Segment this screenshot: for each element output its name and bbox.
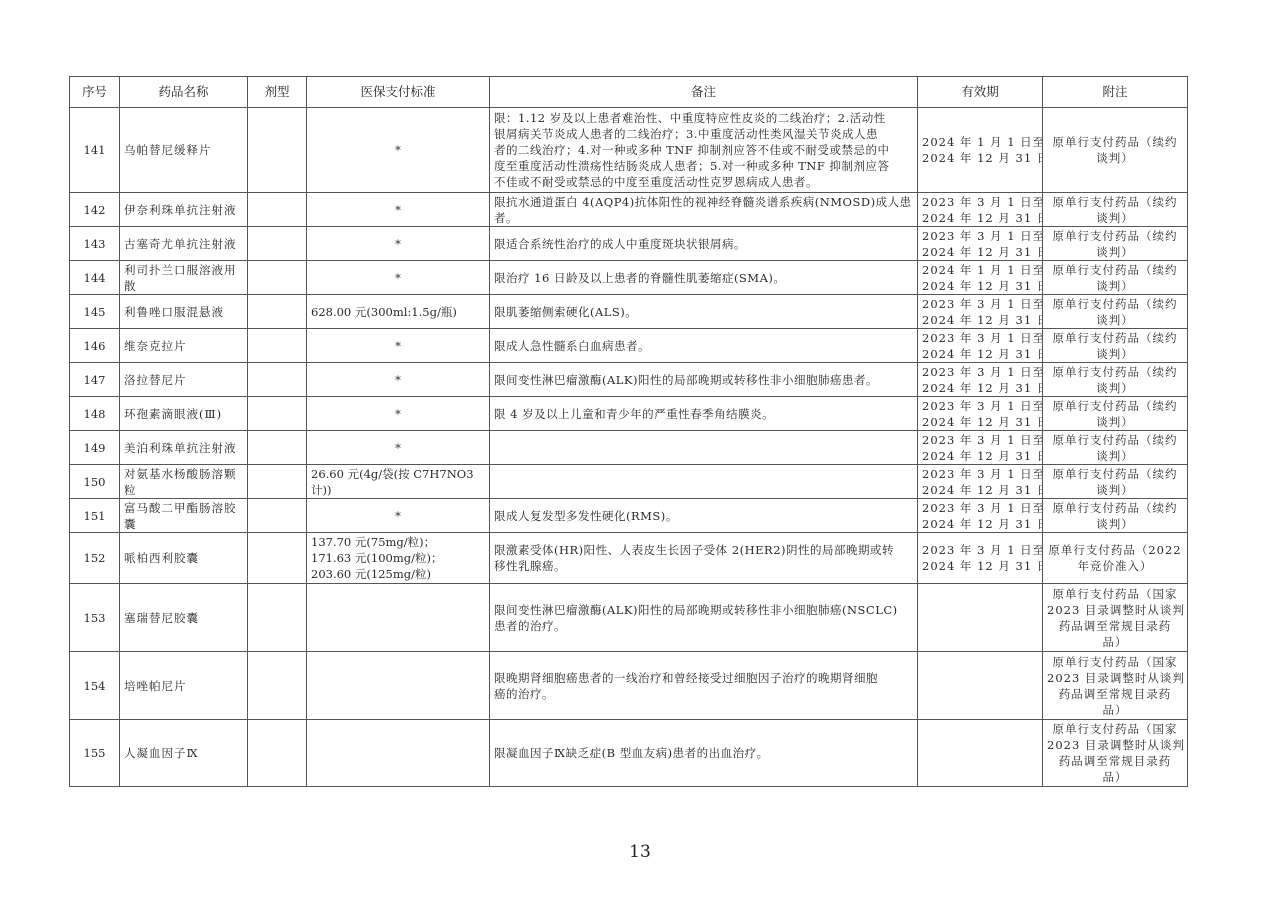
price-line: 计)) <box>311 482 485 498</box>
cell-serial-no: 147 <box>70 363 120 397</box>
cell-remarks: 限肌萎缩侧索硬化(ALS)。 <box>490 295 918 329</box>
price-line: * <box>311 270 485 286</box>
cell-dosage-form <box>248 193 307 227</box>
cell-notes: 原单行支付药品（续约谈判） <box>1043 108 1188 193</box>
remark-line: 谈判） <box>1047 244 1183 260</box>
remark-line: 2023 目录调整时从谈判 <box>1047 670 1183 686</box>
cell-validity-period: 2023 年 3 月 1 日至2024 年 12 月 31 日 <box>918 193 1043 227</box>
cell-drug-name: 培唑帕尼片 <box>120 652 248 720</box>
note-line: 限肌萎缩侧索硬化(ALS)。 <box>494 304 913 320</box>
cell-validity-period <box>918 652 1043 720</box>
cell-drug-name: 古塞奇尤单抗注射液 <box>120 227 248 261</box>
header-notes: 附注 <box>1043 77 1188 108</box>
remark-line: 原单行支付药品（续约 <box>1047 364 1183 380</box>
cell-remarks: 限凝血因子Ⅸ缺乏症(B 型血友病)患者的出血治疗。 <box>490 720 918 787</box>
valid-line: 2024 年 12 月 31 日 <box>922 482 1038 498</box>
cell-validity-period: 2023 年 3 月 1 日至2024 年 12 月 31 日 <box>918 533 1043 584</box>
document-page: 序号 药品名称 剂型 医保支付标准 备注 有效期 附注 141乌帕替尼缓释片*限… <box>0 0 1280 904</box>
cell-dosage-form <box>248 465 307 499</box>
name-line: 乌帕替尼缓释片 <box>124 142 243 158</box>
cell-validity-period: 2023 年 3 月 1 日至2024 年 12 月 31 日 <box>918 397 1043 431</box>
table-row: 155人凝血因子Ⅸ限凝血因子Ⅸ缺乏症(B 型血友病)患者的出血治疗。原单行支付药… <box>70 720 1188 787</box>
cell-remarks: 限间变性淋巴瘤激酶(ALK)阳性的局部晚期或转移性非小细胞肺癌患者。 <box>490 363 918 397</box>
cell-payment-standard: 26.60 元(4g/袋(按 C7H7NO3计)) <box>307 465 490 499</box>
cell-payment-standard <box>307 584 490 652</box>
cell-serial-no: 143 <box>70 227 120 261</box>
cell-payment-standard: 137.70 元(75mg/粒)；171.63 元(100mg/粒)；203.6… <box>307 533 490 584</box>
valid-line: 2024 年 12 月 31 日 <box>922 346 1038 362</box>
note-line: 患者的治疗。 <box>494 618 913 634</box>
name-line: 富马酸二甲酯肠溶胶 <box>124 500 243 516</box>
note-line: 限成人急性髓系白血病患者。 <box>494 338 913 354</box>
header-payment-standard: 医保支付标准 <box>307 77 490 108</box>
cell-payment-standard <box>307 720 490 787</box>
valid-line: 2024 年 1 月 1 日至 <box>922 262 1038 278</box>
table-row: 142伊奈利珠单抗注射液*限抗水通道蛋白 4(AQP4)抗体阳性的视神经脊髓炎谱… <box>70 193 1188 227</box>
cell-drug-name: 美泊利珠单抗注射液 <box>120 431 248 465</box>
name-line: 对氨基水杨酸肠溶颗 <box>124 466 243 482</box>
cell-notes: 原单行支付药品（续约谈判） <box>1043 431 1188 465</box>
remark-line: 原单行支付药品（续约 <box>1047 466 1183 482</box>
note-line: 限激素受体(HR)阳性、人表皮生长因子受体 2(HER2)阴性的局部晚期或转 <box>494 542 913 558</box>
cell-notes: 原单行支付药品（续约谈判） <box>1043 329 1188 363</box>
cell-serial-no: 146 <box>70 329 120 363</box>
cell-drug-name: 利鲁唑口服混悬液 <box>120 295 248 329</box>
table-row: 150对氨基水杨酸肠溶颗粒26.60 元(4g/袋(按 C7H7NO3计))20… <box>70 465 1188 499</box>
table-row: 148环孢素滴眼液(Ⅲ)*限 4 岁及以上儿童和青少年的严重性春季角结膜炎。20… <box>70 397 1188 431</box>
price-line: * <box>311 236 485 252</box>
cell-dosage-form <box>248 108 307 193</box>
table-row: 141乌帕替尼缓释片*限：1.12 岁及以上患者难治性、中重度特应性皮炎的二线治… <box>70 108 1188 193</box>
remark-line: 谈判） <box>1047 346 1183 362</box>
table-row: 144利司扑兰口服溶液用散*限治疗 16 日龄及以上患者的脊髓性肌萎缩症(SMA… <box>70 261 1188 295</box>
cell-payment-standard: * <box>307 397 490 431</box>
name-line: 散 <box>124 278 243 294</box>
cell-drug-name: 人凝血因子Ⅸ <box>120 720 248 787</box>
cell-notes: 原单行支付药品（续约谈判） <box>1043 363 1188 397</box>
remark-line: 谈判） <box>1047 414 1183 430</box>
remark-line: 2023 目录调整时从谈判 <box>1047 737 1183 753</box>
name-line: 环孢素滴眼液(Ⅲ) <box>124 406 243 422</box>
remark-line: 谈判） <box>1047 380 1183 396</box>
cell-serial-no: 150 <box>70 465 120 499</box>
cell-remarks: 限激素受体(HR)阳性、人表皮生长因子受体 2(HER2)阴性的局部晚期或转移性… <box>490 533 918 584</box>
valid-line: 2024 年 12 月 31 日 <box>922 278 1038 294</box>
price-line: * <box>311 440 485 456</box>
valid-line: 2023 年 3 月 1 日至 <box>922 398 1038 414</box>
note-line: 限间变性淋巴瘤激酶(ALK)阳性的局部晚期或转移性非小细胞肺癌患者。 <box>494 372 913 388</box>
remark-line: 药品调至常规目录药 <box>1047 686 1183 702</box>
cell-remarks: 限 4 岁及以上儿童和青少年的严重性春季角结膜炎。 <box>490 397 918 431</box>
cell-notes: 原单行支付药品（续约谈判） <box>1043 193 1188 227</box>
cell-payment-standard: 628.00 元(300ml:1.5g/瓶) <box>307 295 490 329</box>
remark-line: 品） <box>1047 702 1183 718</box>
note-line: 移性乳腺癌。 <box>494 558 913 574</box>
price-line: 26.60 元(4g/袋(按 C7H7NO3 <box>311 466 485 482</box>
price-line: 203.60 元(125mg/粒) <box>311 566 485 582</box>
cell-dosage-form <box>248 227 307 261</box>
note-line: 癌的治疗。 <box>494 686 913 702</box>
name-line: 美泊利珠单抗注射液 <box>124 440 243 456</box>
cell-validity-period: 2023 年 3 月 1 日至2024 年 12 月 31 日 <box>918 227 1043 261</box>
table-row: 145利鲁唑口服混悬液628.00 元(300ml:1.5g/瓶)限肌萎缩侧索硬… <box>70 295 1188 329</box>
cell-dosage-form <box>248 295 307 329</box>
cell-drug-name: 利司扑兰口服溶液用散 <box>120 261 248 295</box>
note-line: 者的二线治疗；4.对一种或多种 TNF 抑制剂应答不佳或不耐受或禁忌的中 <box>494 142 913 158</box>
cell-serial-no: 145 <box>70 295 120 329</box>
cell-remarks: 限成人急性髓系白血病患者。 <box>490 329 918 363</box>
table-row: 143古塞奇尤单抗注射液*限适合系统性治疗的成人中重度斑块状银屑病。2023 年… <box>70 227 1188 261</box>
valid-line: 2024 年 12 月 31 日 <box>922 210 1038 226</box>
cell-remarks: 限治疗 16 日龄及以上患者的脊髓性肌萎缩症(SMA)。 <box>490 261 918 295</box>
note-line: 限：1.12 岁及以上患者难治性、中重度特应性皮炎的二线治疗；2.活动性 <box>494 110 913 126</box>
cell-payment-standard: * <box>307 329 490 363</box>
remark-line: 原单行支付药品（续约 <box>1047 228 1183 244</box>
cell-dosage-form <box>248 499 307 533</box>
cell-remarks: 限适合系统性治疗的成人中重度斑块状银屑病。 <box>490 227 918 261</box>
cell-serial-no: 152 <box>70 533 120 584</box>
remark-line: 谈判） <box>1047 150 1183 166</box>
name-line: 伊奈利珠单抗注射液 <box>124 202 243 218</box>
cell-payment-standard <box>307 652 490 720</box>
cell-payment-standard: * <box>307 499 490 533</box>
header-serial-no: 序号 <box>70 77 120 108</box>
valid-line: 2024 年 1 月 1 日至 <box>922 134 1038 150</box>
price-line: 171.63 元(100mg/粒)； <box>311 550 485 566</box>
cell-validity-period: 2023 年 3 月 1 日至2024 年 12 月 31 日 <box>918 295 1043 329</box>
remark-line: 原单行支付药品（续约 <box>1047 194 1183 210</box>
cell-notes: 原单行支付药品（续约谈判） <box>1043 499 1188 533</box>
cell-remarks: 限：1.12 岁及以上患者难治性、中重度特应性皮炎的二线治疗；2.活动性银屑病关… <box>490 108 918 193</box>
table-row: 152哌柏西利胶囊137.70 元(75mg/粒)；171.63 元(100mg… <box>70 533 1188 584</box>
cell-notes: 原单行支付药品（续约谈判） <box>1043 295 1188 329</box>
valid-line: 2023 年 3 月 1 日至 <box>922 194 1038 210</box>
remark-line: 谈判） <box>1047 278 1183 294</box>
cell-serial-no: 148 <box>70 397 120 431</box>
valid-line: 2023 年 3 月 1 日至 <box>922 466 1038 482</box>
note-line: 者。 <box>494 210 913 226</box>
cell-validity-period: 2024 年 1 月 1 日至2024 年 12 月 31 日 <box>918 261 1043 295</box>
remark-line: 原单行支付药品（续约 <box>1047 262 1183 278</box>
cell-validity-period <box>918 720 1043 787</box>
header-remarks: 备注 <box>490 77 918 108</box>
price-line: * <box>311 142 485 158</box>
remark-line: 原单行支付药品（国家 <box>1047 721 1183 737</box>
note-line: 限晚期肾细胞癌患者的一线治疗和曾经接受过细胞因子治疗的晚期肾细胞 <box>494 670 913 686</box>
remark-line: 原单行支付药品（2022 <box>1047 542 1183 558</box>
cell-dosage-form <box>248 720 307 787</box>
cell-notes: 原单行支付药品（国家2023 目录调整时从谈判药品调至常规目录药品） <box>1043 584 1188 652</box>
note-line: 银屑病关节炎成人患者的二线治疗；3.中重度活动性类风湿关节炎成人患 <box>494 126 913 142</box>
note-line: 限成人复发型多发性硬化(RMS)。 <box>494 508 913 524</box>
remark-line: 原单行支付药品（续约 <box>1047 398 1183 414</box>
valid-line: 2024 年 12 月 31 日 <box>922 312 1038 328</box>
cell-serial-no: 144 <box>70 261 120 295</box>
table-header-row: 序号 药品名称 剂型 医保支付标准 备注 有效期 附注 <box>70 77 1188 108</box>
valid-line: 2023 年 3 月 1 日至 <box>922 500 1038 516</box>
cell-dosage-form <box>248 652 307 720</box>
cell-remarks: 限成人复发型多发性硬化(RMS)。 <box>490 499 918 533</box>
cell-remarks: 限晚期肾细胞癌患者的一线治疗和曾经接受过细胞因子治疗的晚期肾细胞癌的治疗。 <box>490 652 918 720</box>
cell-drug-name: 乌帕替尼缓释片 <box>120 108 248 193</box>
valid-line: 2024 年 12 月 31 日 <box>922 448 1038 464</box>
cell-dosage-form <box>248 533 307 584</box>
note-line: 限适合系统性治疗的成人中重度斑块状银屑病。 <box>494 236 913 252</box>
cell-drug-name: 对氨基水杨酸肠溶颗粒 <box>120 465 248 499</box>
name-line: 哌柏西利胶囊 <box>124 550 243 566</box>
note-line: 度至重度活动性溃疡性结肠炎成人患者；5.对一种或多种 TNF 抑制剂应答 <box>494 158 913 174</box>
valid-line: 2024 年 12 月 31 日 <box>922 558 1038 574</box>
remark-line: 品） <box>1047 634 1183 650</box>
price-line: * <box>311 508 485 524</box>
cell-remarks <box>490 431 918 465</box>
remark-line: 谈判） <box>1047 448 1183 464</box>
cell-notes: 原单行支付药品（续约谈判） <box>1043 397 1188 431</box>
header-drug-name: 药品名称 <box>120 77 248 108</box>
note-line: 不佳或不耐受或禁忌的中度至重度活动性克罗恩病成人患者。 <box>494 174 913 190</box>
cell-validity-period: 2023 年 3 月 1 日至2024 年 12 月 31 日 <box>918 363 1043 397</box>
remark-line: 原单行支付药品（续约 <box>1047 134 1183 150</box>
valid-line: 2024 年 12 月 31 日 <box>922 414 1038 430</box>
cell-notes: 原单行支付药品（续约谈判） <box>1043 465 1188 499</box>
cell-dosage-form <box>248 431 307 465</box>
remark-line: 品） <box>1047 769 1183 785</box>
cell-serial-no: 153 <box>70 584 120 652</box>
valid-line: 2023 年 3 月 1 日至 <box>922 364 1038 380</box>
cell-dosage-form <box>248 363 307 397</box>
name-line: 粒 <box>124 482 243 498</box>
cell-drug-name: 塞瑞替尼胶囊 <box>120 584 248 652</box>
name-line: 洛拉替尼片 <box>124 372 243 388</box>
page-number: 13 <box>0 842 1280 862</box>
cell-dosage-form <box>248 584 307 652</box>
table-row: 146维奈克拉片*限成人急性髓系白血病患者。2023 年 3 月 1 日至202… <box>70 329 1188 363</box>
remark-line: 原单行支付药品（国家 <box>1047 654 1183 670</box>
cell-validity-period: 2024 年 1 月 1 日至2024 年 12 月 31 日 <box>918 108 1043 193</box>
cell-payment-standard: * <box>307 261 490 295</box>
cell-payment-standard: * <box>307 227 490 261</box>
name-line: 囊 <box>124 516 243 532</box>
cell-drug-name: 富马酸二甲酯肠溶胶囊 <box>120 499 248 533</box>
remark-line: 药品调至常规目录药 <box>1047 618 1183 634</box>
cell-validity-period: 2023 年 3 月 1 日至2024 年 12 月 31 日 <box>918 499 1043 533</box>
cell-serial-no: 154 <box>70 652 120 720</box>
valid-line: 2024 年 12 月 31 日 <box>922 244 1038 260</box>
cell-dosage-form <box>248 329 307 363</box>
cell-validity-period: 2023 年 3 月 1 日至2024 年 12 月 31 日 <box>918 465 1043 499</box>
note-line: 限间变性淋巴瘤激酶(ALK)阳性的局部晚期或转移性非小细胞肺癌(NSCLC) <box>494 602 913 618</box>
remark-line: 谈判） <box>1047 482 1183 498</box>
cell-validity-period <box>918 584 1043 652</box>
name-line: 人凝血因子Ⅸ <box>124 745 243 761</box>
remark-line: 原单行支付药品（续约 <box>1047 432 1183 448</box>
price-line: * <box>311 202 485 218</box>
cell-notes: 原单行支付药品（2022年竞价准入） <box>1043 533 1188 584</box>
cell-serial-no: 149 <box>70 431 120 465</box>
name-line: 维奈克拉片 <box>124 338 243 354</box>
name-line: 古塞奇尤单抗注射液 <box>124 236 243 252</box>
remark-line: 谈判） <box>1047 516 1183 532</box>
cell-drug-name: 伊奈利珠单抗注射液 <box>120 193 248 227</box>
remark-line: 年竞价准入） <box>1047 558 1183 574</box>
cell-payment-standard: * <box>307 193 490 227</box>
header-validity-period: 有效期 <box>918 77 1043 108</box>
cell-drug-name: 洛拉替尼片 <box>120 363 248 397</box>
table-row: 153塞瑞替尼胶囊限间变性淋巴瘤激酶(ALK)阳性的局部晚期或转移性非小细胞肺癌… <box>70 584 1188 652</box>
drug-list-table: 序号 药品名称 剂型 医保支付标准 备注 有效期 附注 141乌帕替尼缓释片*限… <box>69 76 1188 787</box>
cell-dosage-form <box>248 261 307 295</box>
table-row: 151富马酸二甲酯肠溶胶囊*限成人复发型多发性硬化(RMS)。2023 年 3 … <box>70 499 1188 533</box>
name-line: 培唑帕尼片 <box>124 678 243 694</box>
note-line: 限 4 岁及以上儿童和青少年的严重性春季角结膜炎。 <box>494 406 913 422</box>
valid-line: 2024 年 12 月 31 日 <box>922 150 1038 166</box>
valid-line: 2023 年 3 月 1 日至 <box>922 296 1038 312</box>
valid-line: 2023 年 3 月 1 日至 <box>922 330 1038 346</box>
table-row: 149美泊利珠单抗注射液*2023 年 3 月 1 日至2024 年 12 月 … <box>70 431 1188 465</box>
valid-line: 2023 年 3 月 1 日至 <box>922 542 1038 558</box>
cell-validity-period: 2023 年 3 月 1 日至2024 年 12 月 31 日 <box>918 431 1043 465</box>
cell-notes: 原单行支付药品（续约谈判） <box>1043 261 1188 295</box>
cell-serial-no: 142 <box>70 193 120 227</box>
cell-drug-name: 维奈克拉片 <box>120 329 248 363</box>
remark-line: 原单行支付药品（续约 <box>1047 296 1183 312</box>
remark-line: 谈判） <box>1047 210 1183 226</box>
valid-line: 2024 年 12 月 31 日 <box>922 516 1038 532</box>
cell-payment-standard: * <box>307 108 490 193</box>
price-line: * <box>311 338 485 354</box>
cell-validity-period: 2023 年 3 月 1 日至2024 年 12 月 31 日 <box>918 329 1043 363</box>
cell-notes: 原单行支付药品（国家2023 目录调整时从谈判药品调至常规目录药品） <box>1043 720 1188 787</box>
header-dosage-form: 剂型 <box>248 77 307 108</box>
cell-notes: 原单行支付药品（续约谈判） <box>1043 227 1188 261</box>
price-line: * <box>311 406 485 422</box>
remark-line: 药品调至常规目录药 <box>1047 753 1183 769</box>
note-line: 限治疗 16 日龄及以上患者的脊髓性肌萎缩症(SMA)。 <box>494 270 913 286</box>
remark-line: 谈判） <box>1047 312 1183 328</box>
valid-line: 2023 年 3 月 1 日至 <box>922 228 1038 244</box>
cell-drug-name: 哌柏西利胶囊 <box>120 533 248 584</box>
cell-remarks <box>490 465 918 499</box>
cell-serial-no: 155 <box>70 720 120 787</box>
cell-dosage-form <box>248 397 307 431</box>
remark-line: 原单行支付药品（国家 <box>1047 586 1183 602</box>
cell-serial-no: 151 <box>70 499 120 533</box>
valid-line: 2024 年 12 月 31 日 <box>922 380 1038 396</box>
cell-remarks: 限抗水通道蛋白 4(AQP4)抗体阳性的视神经脊髓炎谱系疾病(NMOSD)成人患… <box>490 193 918 227</box>
cell-remarks: 限间变性淋巴瘤激酶(ALK)阳性的局部晚期或转移性非小细胞肺癌(NSCLC)患者… <box>490 584 918 652</box>
price-line: 628.00 元(300ml:1.5g/瓶) <box>311 304 485 320</box>
cell-serial-no: 141 <box>70 108 120 193</box>
note-line: 限凝血因子Ⅸ缺乏症(B 型血友病)患者的出血治疗。 <box>494 745 913 761</box>
remark-line: 原单行支付药品（续约 <box>1047 330 1183 346</box>
name-line: 利司扑兰口服溶液用 <box>124 262 243 278</box>
name-line: 利鲁唑口服混悬液 <box>124 304 243 320</box>
price-line: 137.70 元(75mg/粒)； <box>311 534 485 550</box>
note-line: 限抗水通道蛋白 4(AQP4)抗体阳性的视神经脊髓炎谱系疾病(NMOSD)成人患 <box>494 194 913 210</box>
price-line: * <box>311 372 485 388</box>
table-row: 154培唑帕尼片限晚期肾细胞癌患者的一线治疗和曾经接受过细胞因子治疗的晚期肾细胞… <box>70 652 1188 720</box>
remark-line: 原单行支付药品（续约 <box>1047 500 1183 516</box>
remark-line: 2023 目录调整时从谈判 <box>1047 602 1183 618</box>
valid-line: 2023 年 3 月 1 日至 <box>922 432 1038 448</box>
table-body: 141乌帕替尼缓释片*限：1.12 岁及以上患者难治性、中重度特应性皮炎的二线治… <box>70 108 1188 787</box>
cell-drug-name: 环孢素滴眼液(Ⅲ) <box>120 397 248 431</box>
cell-payment-standard: * <box>307 431 490 465</box>
name-line: 塞瑞替尼胶囊 <box>124 610 243 626</box>
cell-notes: 原单行支付药品（国家2023 目录调整时从谈判药品调至常规目录药品） <box>1043 652 1188 720</box>
cell-payment-standard: * <box>307 363 490 397</box>
table-row: 147洛拉替尼片*限间变性淋巴瘤激酶(ALK)阳性的局部晚期或转移性非小细胞肺癌… <box>70 363 1188 397</box>
